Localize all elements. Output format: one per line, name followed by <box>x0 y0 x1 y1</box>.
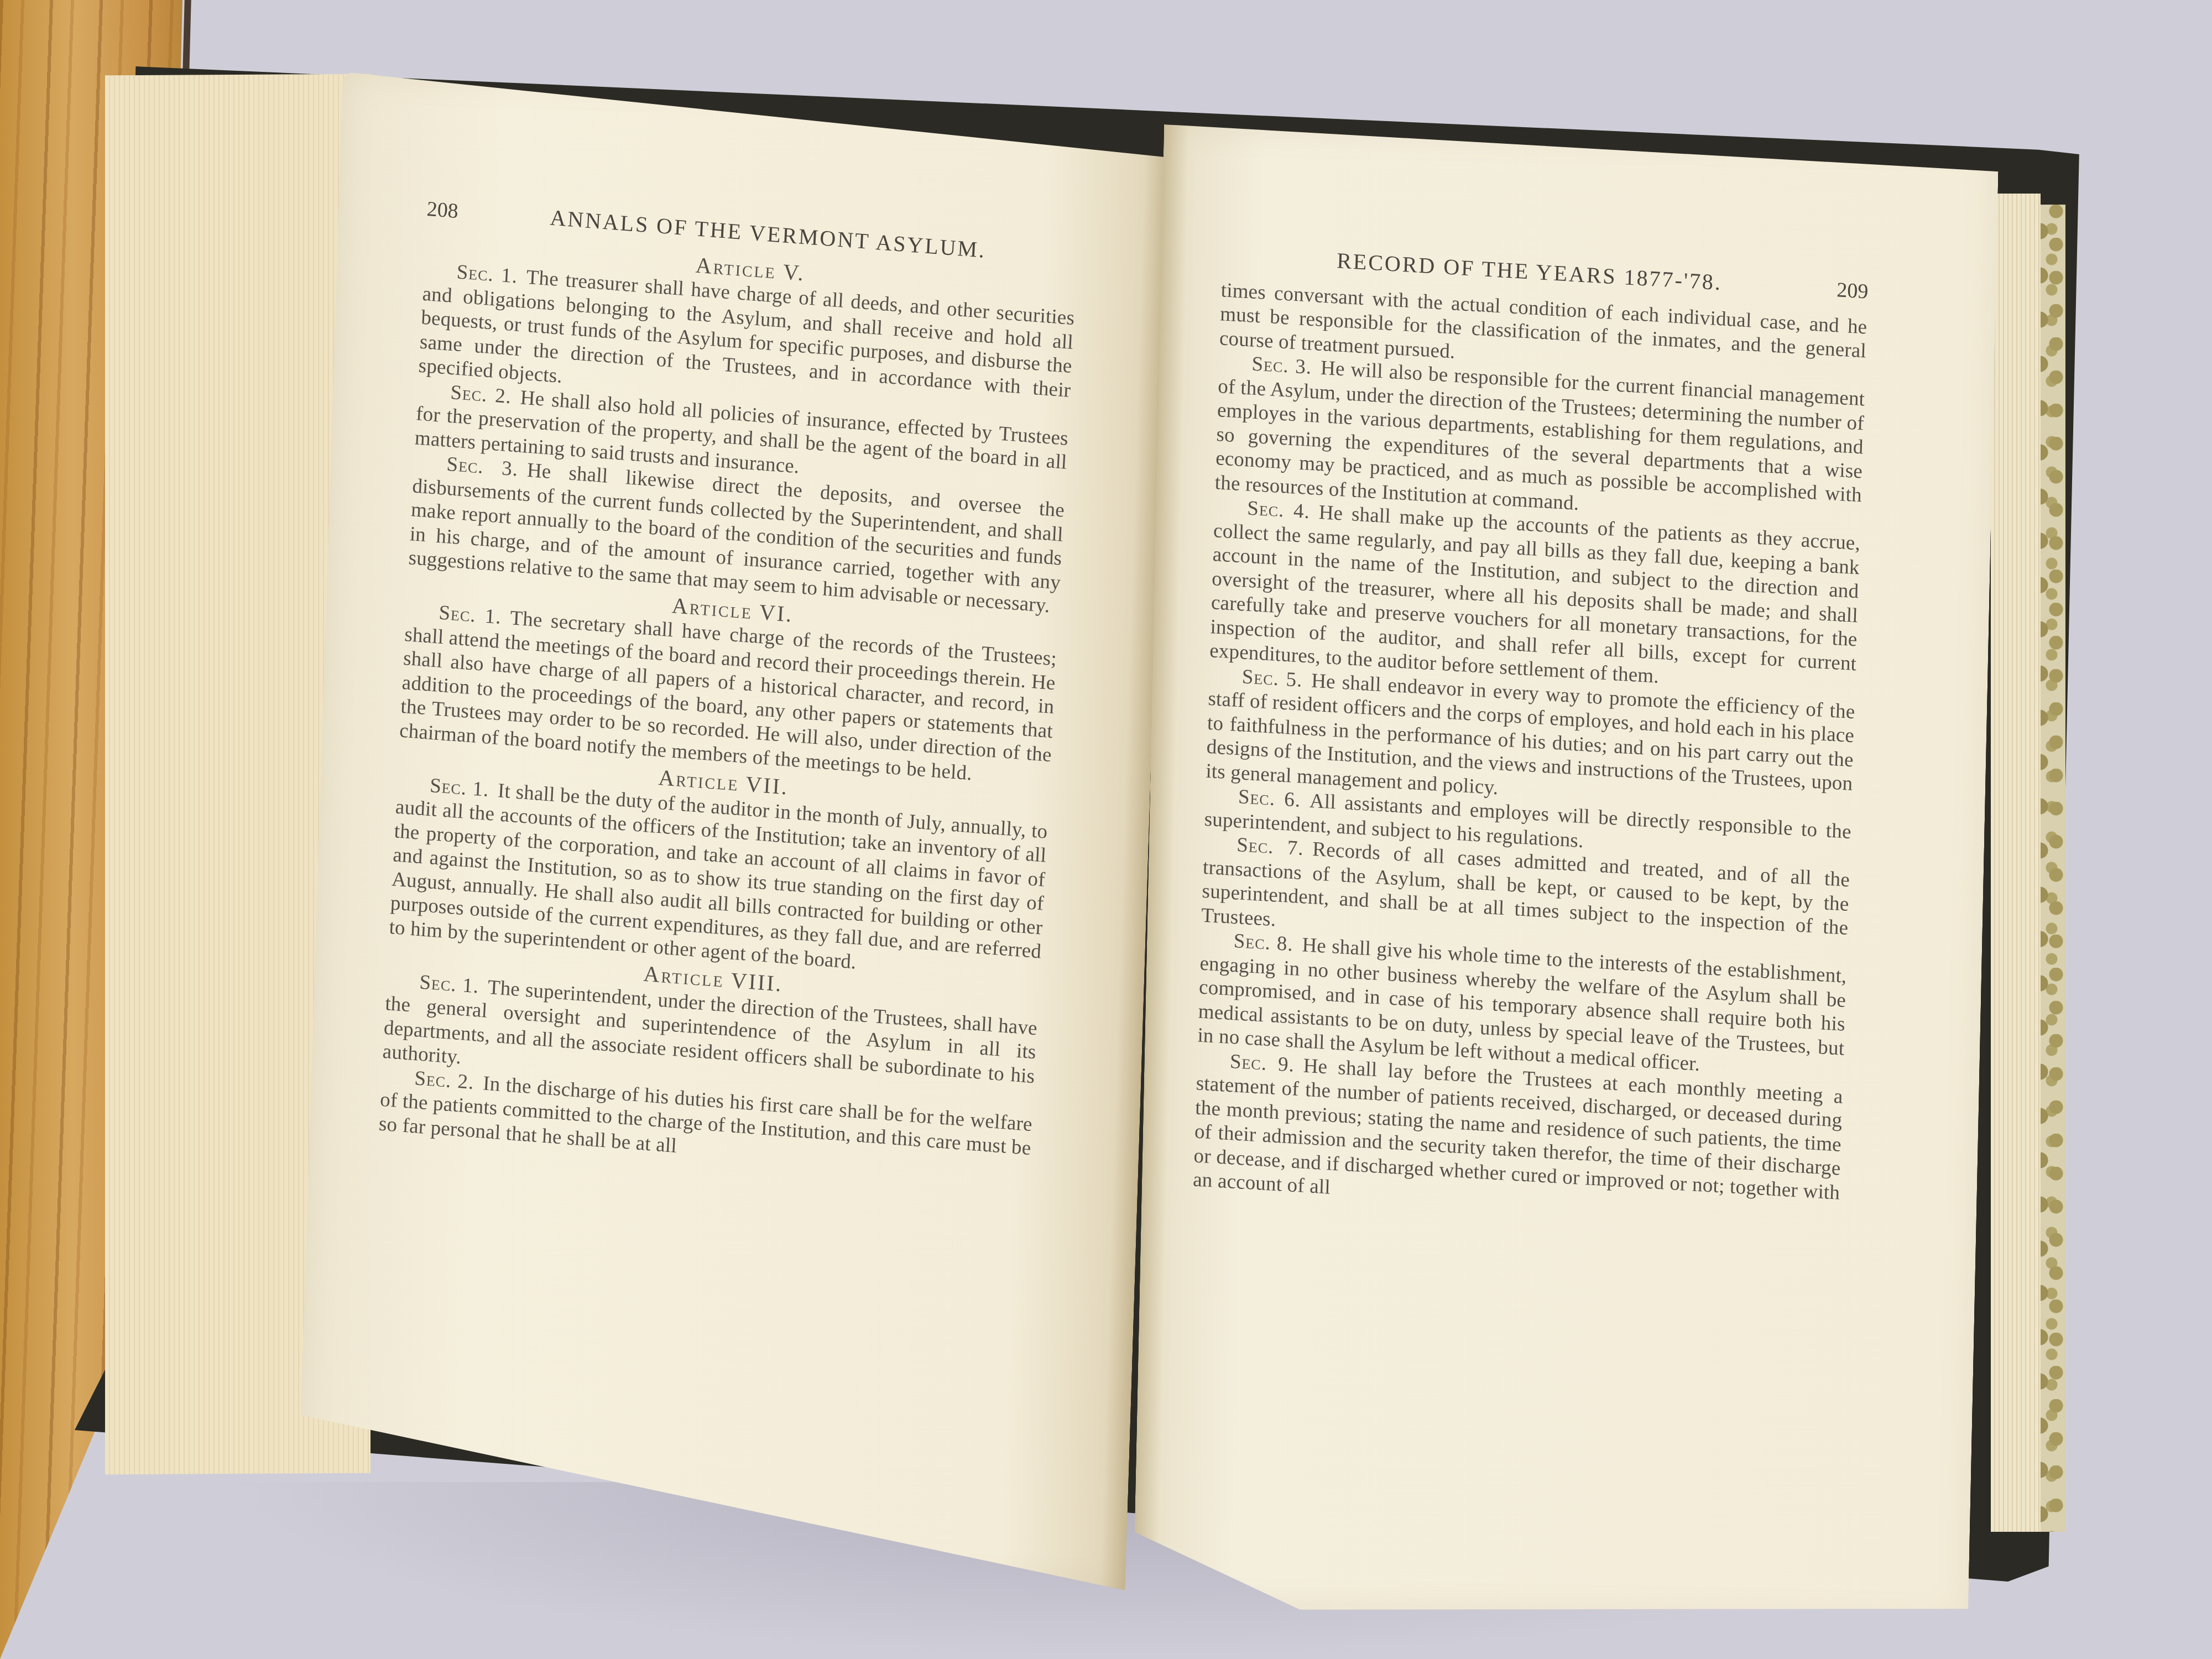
page-number: 209 <box>1837 278 1869 304</box>
left-page-body: Article V.Sec. 1.The treasurer shall hav… <box>378 232 1077 1185</box>
section-label: Sec. 4. <box>1247 497 1311 523</box>
section-label: Sec. 1. <box>419 971 480 998</box>
section-label: Sec. 8. <box>1233 930 1293 956</box>
right-page-text: RECORD OF THE YEARS 1877-'78. 209 times … <box>1193 242 1869 1229</box>
section-label: Sec. 1. <box>439 601 502 628</box>
right-page-body: times conversant with the actual conditi… <box>1193 278 1867 1229</box>
page-number: 208 <box>426 197 459 224</box>
right-page-stack <box>1991 194 2041 1532</box>
section-label: Sec. 1. <box>429 774 489 801</box>
section-text: He shall make up the accounts of the pat… <box>1209 501 1861 688</box>
left-page: 208 ANNALS OF THE VERMONT ASYLUM. Articl… <box>296 72 1172 1590</box>
section-label: Sec. 6. <box>1238 785 1301 811</box>
section-label: Sec. 2. <box>414 1067 474 1094</box>
section-label: Sec. 1. <box>456 260 518 288</box>
left-page-text: 208 ANNALS OF THE VERMONT ASYLUM. Articl… <box>378 196 1078 1185</box>
section-label: Sec. 3. <box>1251 353 1312 379</box>
right-page: RECORD OF THE YEARS 1877-'78. 209 times … <box>1133 124 1999 1624</box>
section-label: Sec. 2. <box>450 380 512 408</box>
section-label: Sec. 9. <box>1229 1050 1295 1076</box>
section-label: Sec. 5. <box>1241 665 1303 691</box>
section-label: Sec. 7. <box>1237 833 1304 860</box>
section-label: Sec. 3. <box>446 453 519 481</box>
